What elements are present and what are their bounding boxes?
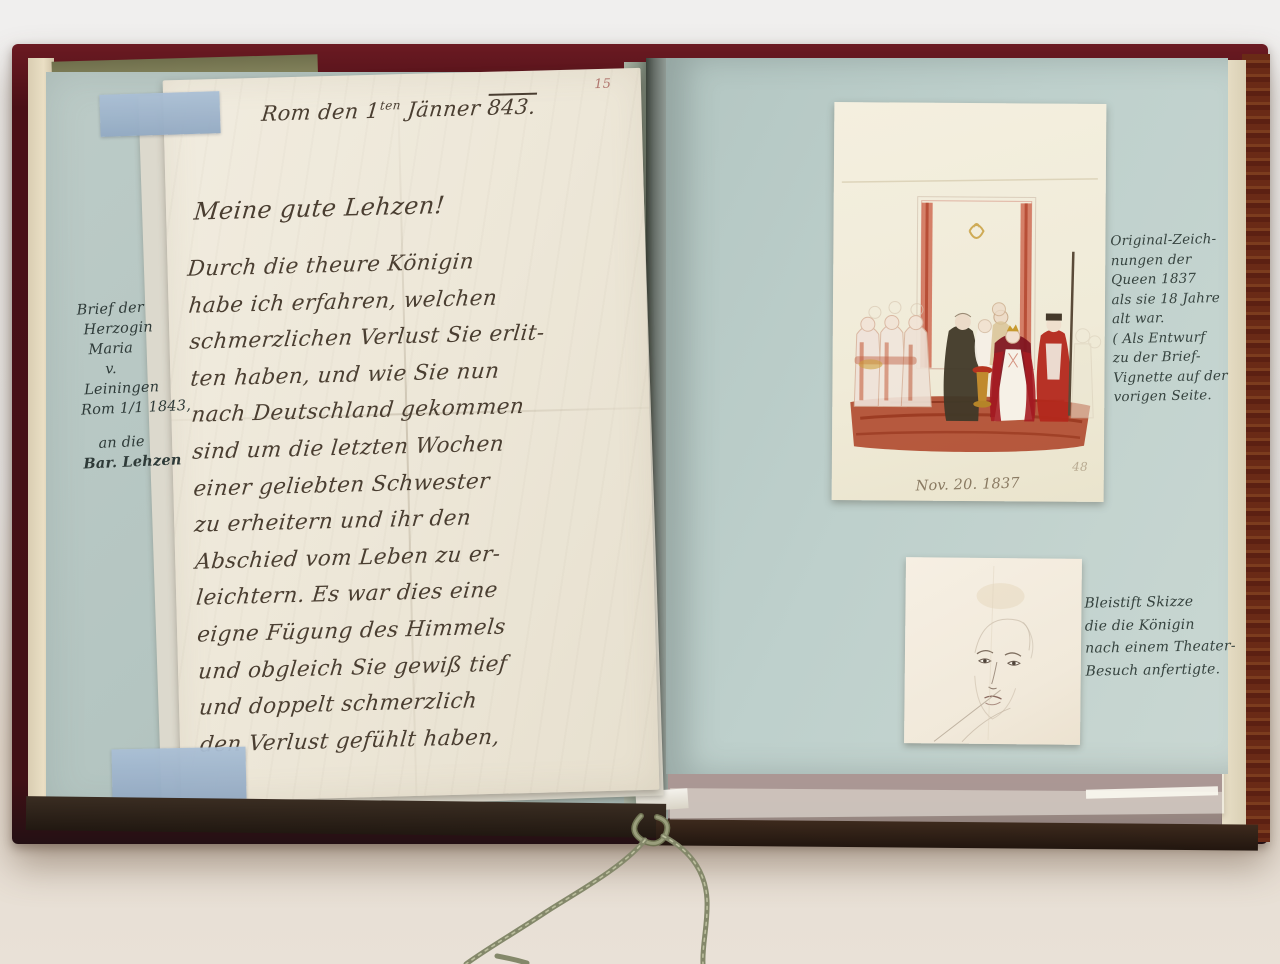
pencil-sketch — [904, 557, 1082, 745]
album-cover-right-edge — [1242, 54, 1270, 842]
photo-open-album: 15 Rom den 1ten Jänner 843. Meine gute L… — [0, 0, 1280, 964]
margin-note: Brief der Herzogin Maria v. Leiningen Ro… — [76, 295, 203, 474]
page-number: 15 — [594, 77, 611, 92]
blue-tape-top — [99, 91, 220, 137]
handwritten-letter: 15 Rom den 1ten Jänner 843. Meine gute L… — [163, 68, 660, 802]
watercolor-painting — [832, 102, 1107, 502]
pencil-mark: 48 — [1072, 460, 1088, 474]
blue-tape-bottom — [111, 747, 246, 802]
annotation-sketch: Bleistift Skizze die die Königin nach ei… — [1084, 589, 1274, 682]
watercolor-sheet: 48 Nov. 20. 1837 — [832, 102, 1107, 502]
letter-salutation: Meine gute Lehzen! — [193, 191, 446, 226]
sketch-sheet — [904, 557, 1082, 745]
album-bottom-edge — [656, 819, 1258, 850]
annotation-watercolor: Original-Zeich- nungen der Queen 1837 al… — [1110, 230, 1236, 408]
letter-body: Durch die theure Königin habe ich erfahr… — [187, 240, 648, 764]
letter-dateline: Rom den 1ten Jänner 843. — [260, 95, 537, 126]
